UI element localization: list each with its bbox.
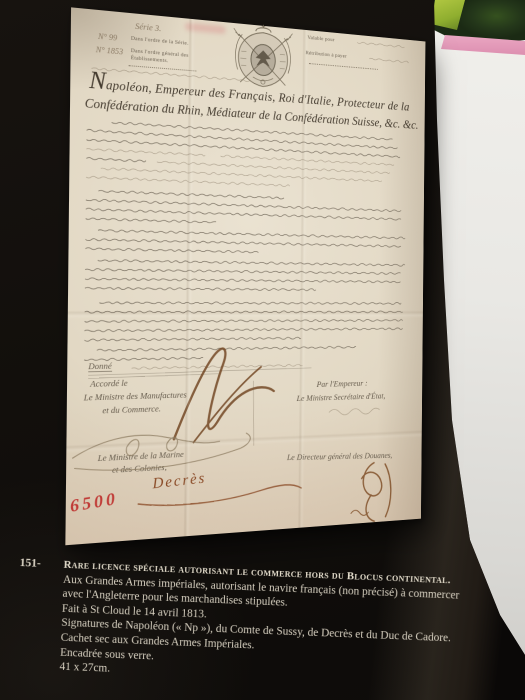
caption-block: 151- Rare licence spéciale autorisant le… bbox=[15, 556, 515, 693]
dateline-word: Donné bbox=[88, 360, 112, 372]
licence-document: Série 3. N° 99 Dans l'ordre de la Série.… bbox=[65, 7, 425, 545]
caption-text-column: Rare licence spéciale autorisant le comm… bbox=[59, 558, 515, 693]
licence-document-wrapper: Série 3. N° 99 Dans l'ordre de la Série.… bbox=[70, 20, 448, 535]
secretaire-etat-signature bbox=[327, 404, 381, 417]
douanes-director-signature bbox=[344, 458, 402, 528]
item-number: 151- bbox=[15, 556, 64, 674]
comte-de-sussy-signature bbox=[66, 414, 270, 482]
label-par-l-empereur: Par l'Empereur : bbox=[317, 378, 368, 389]
label-et-du-commerce: et du Commerce. bbox=[102, 403, 161, 415]
label-accorde-le: Accordé le bbox=[90, 378, 128, 389]
